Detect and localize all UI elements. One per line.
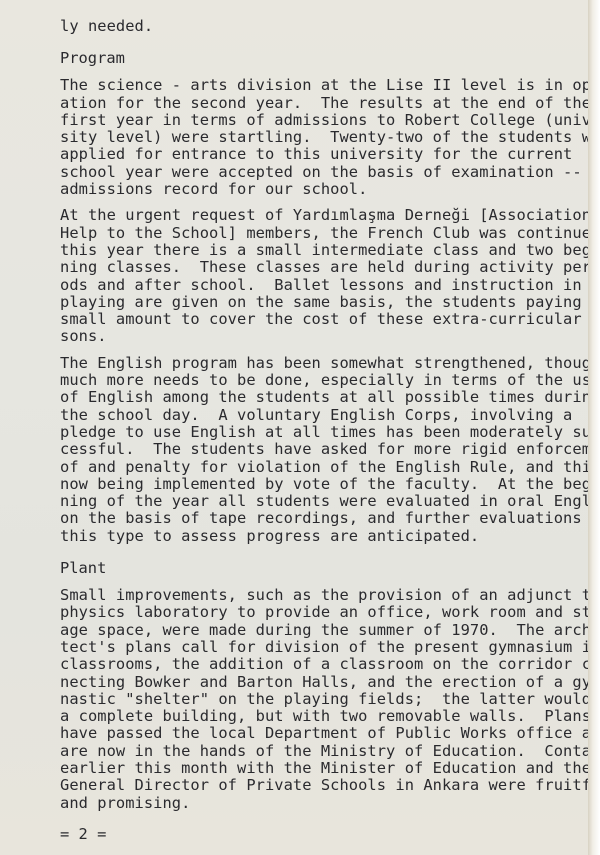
text-line: classrooms, the addition of a classroom … — [60, 656, 600, 673]
text-line: age space, were made during the summer o… — [60, 622, 600, 639]
text-line: of and penalty for violation of the Engl… — [60, 459, 600, 476]
text-line: now being implemented by vote of the fac… — [60, 476, 600, 493]
text-line: much more needs to be done, especially i… — [60, 372, 600, 389]
text-line: playing are given on the same basis, the… — [60, 294, 600, 311]
text-line: have passed the local Department of Publ… — [60, 725, 600, 742]
text-line: on the basis of tape recordings, and fur… — [60, 510, 600, 527]
text-line: ning classes. These classes are held dur… — [60, 259, 600, 276]
text-line: tect's plans call for division of the pr… — [60, 639, 600, 656]
page-content: ly needed. ProgramThe science - arts div… — [60, 18, 600, 843]
text-line: admissions record for our school. — [60, 181, 600, 198]
text-line: earlier this month with the Minister of … — [60, 760, 600, 777]
text-line: this year there is a small intermediate … — [60, 242, 600, 259]
text-line: school year were accepted on the basis o… — [60, 164, 600, 181]
text-line: The science - arts division at the Lise … — [60, 77, 600, 94]
text-line: are now in the hands of the Ministry of … — [60, 743, 600, 760]
text-line: physics laboratory to provide an office,… — [60, 604, 600, 621]
text-line: this type to assess progress are anticip… — [60, 528, 600, 545]
text-line: ods and after school. Ballet lessons and… — [60, 277, 600, 294]
text-line: necting Bowker and Barton Halls, and the… — [60, 674, 600, 691]
text-line: of English among the students at all pos… — [60, 389, 600, 406]
text-line: first year in terms of admissions to Rob… — [60, 112, 600, 129]
section-heading: Program — [60, 49, 600, 67]
section-heading: Plant — [60, 559, 600, 577]
text-line: and promising. — [60, 795, 600, 812]
text-line: sity level) were startling. Twenty-two o… — [60, 129, 600, 146]
document-page: ly needed. ProgramThe science - arts div… — [0, 0, 588, 855]
text-line: ning of the year all students were evalu… — [60, 493, 600, 510]
text-line: small amount to cover the cost of these … — [60, 311, 600, 328]
text-line: General Director of Private Schools in A… — [60, 777, 600, 794]
paragraph: At the urgent request of Yardımlaşma Der… — [60, 207, 600, 345]
sections-container: ProgramThe science - arts division at th… — [60, 49, 600, 812]
intro-fragment: ly needed. — [60, 18, 600, 35]
text-line: pledge to use English at all times has b… — [60, 424, 600, 441]
text-line: Small improvements, such as the provisio… — [60, 587, 600, 604]
text-line: The English program has been somewhat st… — [60, 355, 600, 372]
paragraph: The science - arts division at the Lise … — [60, 77, 600, 198]
paragraph: Small improvements, such as the provisio… — [60, 587, 600, 812]
page-number: = 2 = — [60, 825, 600, 843]
text-line: sons. — [60, 328, 600, 345]
text-line: applied for entrance to this university … — [60, 146, 600, 163]
text-line: ation for the second year. The results a… — [60, 95, 600, 112]
paragraph: The English program has been somewhat st… — [60, 355, 600, 545]
text-line: cessful. The students have asked for mor… — [60, 441, 600, 458]
text-line: a complete building, but with two remova… — [60, 708, 600, 725]
page-edge — [588, 0, 600, 855]
text-line: the school day. A voluntary English Corp… — [60, 407, 600, 424]
text-line: nastic "shelter" on the playing fields; … — [60, 691, 600, 708]
text-line: At the urgent request of Yardımlaşma Der… — [60, 207, 600, 224]
text-line: Help to the School] members, the French … — [60, 225, 600, 242]
